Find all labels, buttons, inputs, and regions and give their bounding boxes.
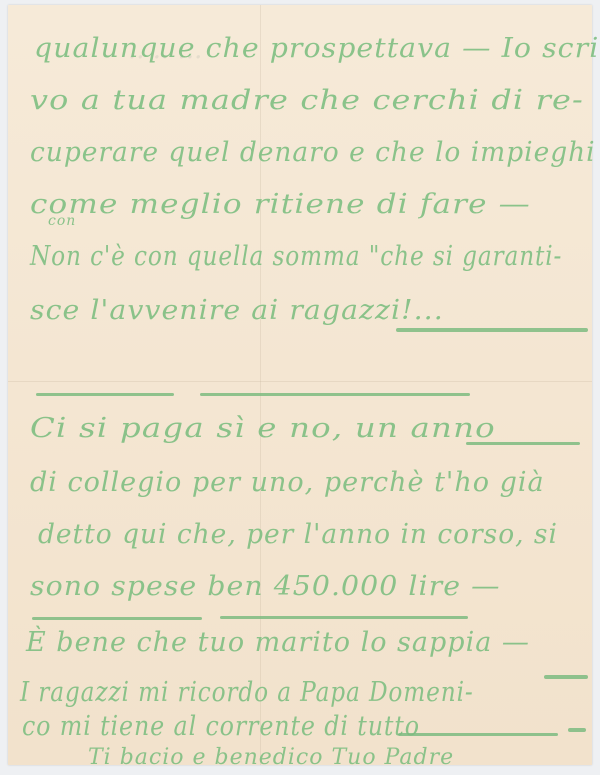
letter-line-6: sce l'avvenire ai ragazzi!... — [30, 295, 444, 326]
underline-garantisce — [396, 328, 588, 332]
letter-line-5: Non c'è con quella somma "che si garanti… — [30, 241, 562, 272]
line-end-dash-11 — [544, 675, 588, 679]
section-divider-right — [200, 393, 470, 396]
letter-line-7: Ci si paga sì e no, un anno — [30, 413, 496, 444]
line-end-dash-7 — [466, 442, 580, 445]
letter-insertion-con: con — [48, 213, 76, 229]
letter-closing-signature: Ti bacio e benedico Tuo Padre — [88, 745, 454, 770]
fold-crease-horizontal — [8, 381, 592, 382]
section-divider-left — [36, 393, 174, 396]
letter-line-10: sono spese ben 450.000 lire — — [30, 571, 500, 602]
letter-line-11: È bene che tuo marito lo sappia — — [26, 627, 530, 658]
letter-line-13: co mi tiene al corrente di tutto — [22, 711, 420, 742]
underline-tutto — [398, 733, 558, 736]
letter-line-12: I ragazzi mi ricordo a Papa Domeni- — [20, 677, 474, 708]
letter-line-9: detto qui che, per l'anno in corso, si — [38, 519, 558, 550]
section-divider-2-right — [220, 616, 468, 619]
letter-line-1: qualunque che prospettava — Io scri- — [34, 33, 600, 64]
letter-paper: ·· ·· ··· qualunque che prospettava — Io… — [8, 5, 592, 765]
letter-line-3: cuperare quel denaro e che lo impieghi — [30, 137, 596, 168]
section-divider-2-left — [32, 617, 202, 620]
letter-line-4: come meglio ritiene di fare — — [30, 189, 531, 220]
letter-line-8: di collegio per uno, perchè t'ho già — [30, 467, 545, 498]
letter-line-2: vo a tua madre che cerchi di re- — [30, 85, 584, 116]
hyphen-domenico — [568, 728, 586, 732]
